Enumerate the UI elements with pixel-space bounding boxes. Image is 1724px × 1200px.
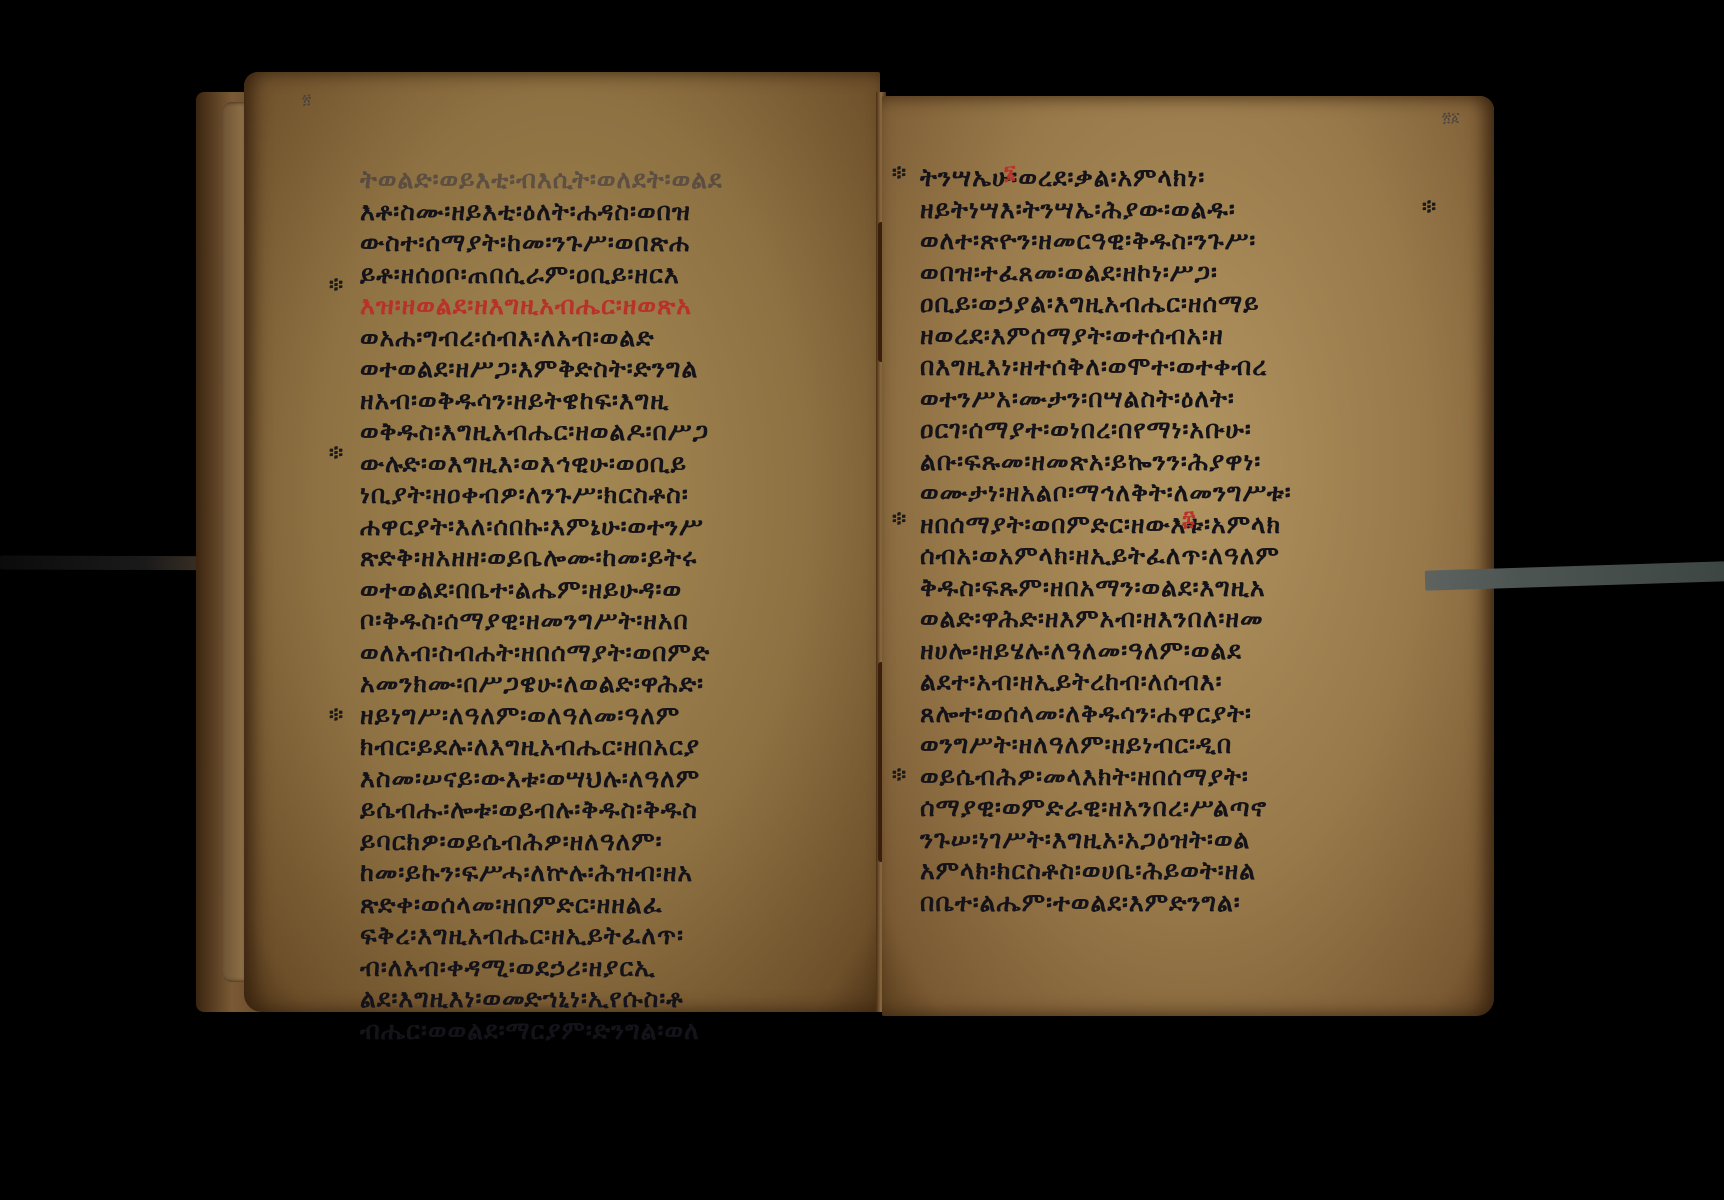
text-line: ዘበሰማያት፡ወበምድር፡ዘውእቱ፡አምላክ xyxy=(920,509,1394,541)
text-line: ብ፡ለአብ፡ቀዳሚ፡ወደኃሪ፡ዘያርኢ xyxy=(360,952,836,984)
text-line: ወቅዱስ፡እግዚአብሔር፡ዘወልዶ፡በሥጋ xyxy=(360,416,836,448)
margin-mark: ፨ xyxy=(1422,194,1436,218)
text-line: ዘአብ፡ወቅዱሳን፡ዘይትዌከፍ፡እግዚ xyxy=(360,385,836,417)
right-page-number: ፳፩ xyxy=(1442,110,1460,126)
photo-background: ፳ ትወልድ፡ወይእቲ፡ብእሲት፡ወለደት፡ወልደ እቶ፡ስሙ፡ዘይእቲ፡ዕለት… xyxy=(0,0,1724,1200)
text-line: ሐዋርያት፡እለ፡ሰበኩ፡እምኔሁ፡ወተንሥ xyxy=(360,511,836,543)
rubric-line: እዝ፡ዘወልደ፡ዘእግዚአብሔር፡ዘወጽአ xyxy=(360,290,836,322)
text-line: ወተንሥአ፡ሙታን፡በሣልስት፡ዕለት፡ xyxy=(920,383,1394,415)
left-page: ፳ ትወልድ፡ወይእቲ፡ብእሲት፡ወለደት፡ወልደ እቶ፡ስሙ፡ዘይእቲ፡ዕለት… xyxy=(244,72,880,1012)
text-line: ልደተ፡አብ፡ዘኢይትረከብ፡ለሰብእ፡ xyxy=(920,666,1394,698)
text-line: ወይሴብሕዎ፡መላእክት፡ዘበሰማያት፡ xyxy=(920,761,1394,793)
margin-mark: ፨ xyxy=(329,440,343,464)
text-line: ክብር፡ይደሉ፡ለእግዚአብሔር፡ዘበአርያ xyxy=(360,731,836,763)
text-line: ወተወልደ፡ዘሥጋ፡እምቅድስት፡ድንግል xyxy=(360,353,836,385)
text-line: ዐቢይ፡ወኃያል፡እግዚአብሔር፡ዘሰማይ xyxy=(920,288,1394,320)
text-line: ወለተ፡ጽዮን፡ዘመርዓዊ፡ቅዱስ፡ንጉሥ፡ xyxy=(920,225,1394,257)
text-line: ጽድቅ፡ዘአዘዘ፡ወይቤሎሙ፡ከመ፡ይትሩ xyxy=(360,542,836,574)
left-page-text: ትወልድ፡ወይእቲ፡ብእሲት፡ወለደት፡ወልደ እቶ፡ስሙ፡ዘይእቲ፡ዕለት፡ሐ… xyxy=(360,164,836,1046)
text-line: አምላክ፡ክርስቶስ፡ወሀቤ፡ሕይወት፡ዘል xyxy=(920,855,1394,887)
text-line: ወለአብ፡ስብሐት፡ዘበሰማያት፡ወበምድ xyxy=(360,637,836,669)
text-line: ወንግሥት፡ዘለዓለም፡ዘይነብር፡ዲበ xyxy=(920,729,1394,761)
margin-mark: ፨ xyxy=(329,702,343,726)
margin-mark: ፨ xyxy=(329,272,343,296)
text-line: ወልድ፡ዋሕድ፡ዘእምአብ፡ዘእንበለ፡ዘመ xyxy=(920,603,1394,635)
text-line: ዘይነግሥ፡ለዓለም፡ወለዓለመ፡ዓለም xyxy=(360,700,836,732)
text-line: ጽድቀ፡ወሰላመ፡ዘበምድር፡ዘዘልፈ xyxy=(360,889,836,921)
text-line: እቶ፡ስሙ፡ዘይእቲ፡ዕለት፡ሐዳስ፡ወበዝ xyxy=(360,196,836,228)
right-page: ፳፩ ትንሣኤሁ፡ወረደ፡ቃል፡አምላክነ፡ ዘይትነሣእ፡ትንሣኤ፡ሕያው፡ወ… xyxy=(882,96,1494,1016)
text-line: ይባርክዎ፡ወይሴብሕዎ፡ዘለዓለም፡ xyxy=(360,826,836,858)
text-line: ዘወረደ፡እምሰማያት፡ወተሰብአ፡ዘ xyxy=(920,320,1394,352)
text-line: ዘይትነሣእ፡ትንሣኤ፡ሕያው፡ወልዱ፡ xyxy=(920,194,1394,226)
margin-mark: ፨ xyxy=(892,160,906,184)
margin-mark: ፨ xyxy=(892,506,906,530)
open-manuscript: ፳ ትወልድ፡ወይእቲ፡ብእሲት፡ወለደት፡ወልደ እቶ፡ስሙ፡ዘይእቲ፡ዕለት… xyxy=(196,72,1496,1022)
text-line: እስመ፡ሠናይ፡ውእቱ፡ወሣህሉ፡ለዓለም xyxy=(360,763,836,795)
margin-mark: ፨ xyxy=(892,762,906,786)
text-line: ዐርገ፡ሰማያተ፡ወነበረ፡በየማነ፡አቡሁ፡ xyxy=(920,414,1394,446)
rubric-mark: ፰ xyxy=(1182,506,1195,530)
text-line: ወበዝ፡ተፈጸመ፡ወልደ፡ዘኮነ፡ሥጋ፡ xyxy=(920,257,1394,289)
text-line: ወተወልደ፡በቤተ፡ልሔም፡ዘይሁዳ፡ወ xyxy=(360,574,836,606)
text-line: ውስተ፡ሰማያት፡ከመ፡ንጉሥ፡ወበጽሐ xyxy=(360,227,836,259)
text-line: ጸሎተ፡ወሰላመ፡ለቅዱሳን፡ሐዋርያት፡ xyxy=(920,698,1394,730)
text-line: ንጉሠ፡ነገሥት፡እግዚአ፡አጋዕዝት፡ወል xyxy=(920,824,1394,856)
text-line: ውሉድ፡ወእግዚእ፡ወእኅዊሁ፡ወዐቢይ xyxy=(360,448,836,480)
text-line: ብሔር፡ወወልደ፡ማርያም፡ድንግል፡ወለ xyxy=(360,1015,836,1047)
text-line: ልደ፡እግዚእነ፡ወመድኀኒነ፡ኢየሱስ፡ቶ xyxy=(360,983,836,1015)
rubric-mark: ፮ xyxy=(1004,160,1016,184)
text-line: ትወልድ፡ወይእቲ፡ብእሲት፡ወለደት፡ወልደ xyxy=(360,164,836,196)
text-line: ወሙታነ፡ዘአልቦ፡ማኅለቅት፡ለመንግሥቱ፡ xyxy=(920,477,1394,509)
text-line: ይቶ፡ዘሰዐቦ፡ጠበሲራም፡ዐቢይ፡ዘርእ xyxy=(360,259,836,291)
text-line: ከመ፡ይኩን፡ፍሥሓ፡ለኵሉ፡ሕዝብ፡ዘአ xyxy=(360,857,836,889)
text-line: ሰማያዊ፡ወምድራዊ፡ዘአንበረ፡ሥልጣኖ xyxy=(920,792,1394,824)
text-line: አመንክሙ፡በሥጋዌሁ፡ለወልድ፡ዋሕድ፡ xyxy=(360,668,836,700)
text-line: ነቢያት፡ዘዐቀብዎ፡ለንጉሥ፡ክርስቶስ፡ xyxy=(360,479,836,511)
text-line: ወአሐ፡ግብረ፡ሰብእ፡ለአብ፡ወልድ xyxy=(360,322,836,354)
text-line: ይሴብሑ፡ሎቱ፡ወይብሉ፡ቅዱስ፡ቅዱስ xyxy=(360,794,836,826)
text-line: ቅዱስ፡ፍጹም፡ዘበአማን፡ወልደ፡እግዚአ xyxy=(920,572,1394,604)
text-line: ሰብአ፡ወአምላክ፡ዘኢይትፈለጥ፡ለዓለም xyxy=(920,540,1394,572)
text-line: ትንሣኤሁ፡ወረደ፡ቃል፡አምላክነ፡ xyxy=(920,162,1394,194)
text-line: በእግዚእነ፡ዘተሰቅለ፡ወሞተ፡ወተቀብረ xyxy=(920,351,1394,383)
left-page-number: ፳ xyxy=(302,92,311,108)
text-line: ዘሀሎ፡ዘይሄሉ፡ለዓለመ፡ዓለም፡ወልደ xyxy=(920,635,1394,667)
right-page-text: ትንሣኤሁ፡ወረደ፡ቃል፡አምላክነ፡ ዘይትነሣእ፡ትንሣኤ፡ሕያው፡ወልዱ፡… xyxy=(920,162,1394,918)
text-line: ፍቅረ፡እግዚአብሔር፡ዘኢይትፈለጥ፡ xyxy=(360,920,836,952)
text-line: ልቡ፡ፍጹመ፡ዘመጽአ፡ይኰንን፡ሕያዋነ፡ xyxy=(920,446,1394,478)
text-line: በቤተ፡ልሔም፡ተወልደ፡እምድንግል፡ xyxy=(920,887,1394,919)
text-line: ቦ፡ቅዱስ፡ሰማያዊ፡ዘመንግሥት፡ዘአበ xyxy=(360,605,836,637)
